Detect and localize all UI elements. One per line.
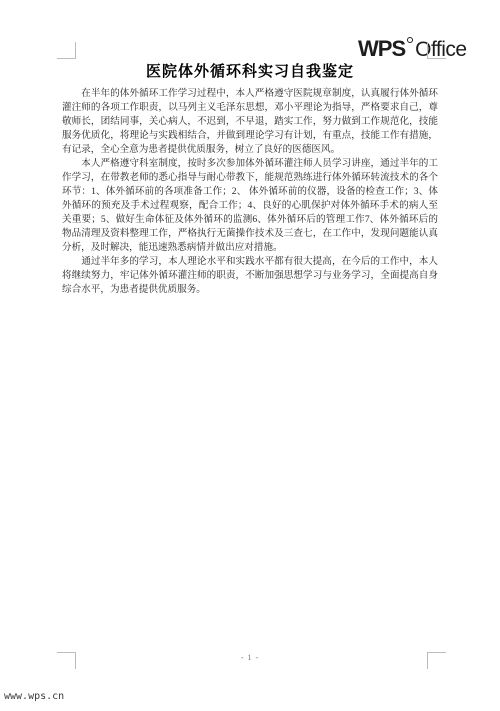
wps-office-logo: WPS Office	[358, 36, 467, 62]
wps-logo-text: WPS	[358, 36, 405, 62]
paragraph: 在半年的体外循环工作学习过程中，本人严格遵守医院规章制度，认真履行体外循环灌注师…	[62, 87, 438, 157]
paragraph: 本人严格遵守科室制度，按时多次参加体外循环灌注师人员学习讲座，通过半年的工作学习…	[62, 157, 438, 255]
wps-url-watermark: www.wps.cn	[4, 691, 64, 702]
document-page: WPS Office 医院体外循环科实习自我鉴定 在半年的体外循环工作学习过程中…	[0, 0, 500, 711]
page-number: - 1 -	[0, 653, 500, 662]
document-title: 医院体外循环科实习自我鉴定	[62, 60, 438, 81]
document-body: 在半年的体外循环工作学习过程中，本人严格遵守医院规章制度，认真履行体外循环灌注师…	[62, 87, 438, 297]
crop-mark-top-left	[57, 42, 76, 59]
paragraph: 通过半年多的学习，本人理论水平和实践水平都有很大提高，在今后的工作中，本人将继续…	[62, 255, 438, 297]
crop-mark-top-right	[427, 42, 446, 59]
logo-trademark-dot-icon	[407, 37, 413, 43]
